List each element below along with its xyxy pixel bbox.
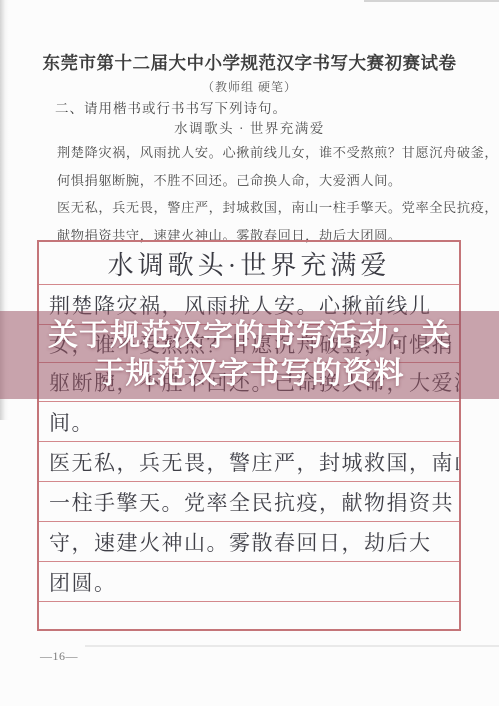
scanned-exam-paper: 东莞市第十二届大中小学规范汉字书写大赛初赛试卷 （教师组 硬笔） 二、请用楷书或… xyxy=(0,0,499,706)
handwriting-row: 守，速建火神山。雾散春回日，劫后大 xyxy=(39,522,459,562)
poem-line: 医无私，兵无畏，警庄严，封城救国，南山一柱手擎天。党率全民抗疫， xyxy=(57,194,463,222)
handwriting-row: 团圆。 xyxy=(39,562,459,602)
poem-title: 水调歌头 · 世界充满爱 xyxy=(0,117,499,137)
page-number: —16— xyxy=(40,649,78,664)
handwriting-practice-grid: 水调歌头·世界充满爱 荆楚降灾祸，风雨扰人安。心揪前线儿 女，谁不受熬煎？甘愿沉… xyxy=(37,240,461,631)
section-instruction: 二、请用楷书或行书书写下列诗句。 xyxy=(55,97,287,117)
banner-text-line2: 于规范汉字书写的资料 xyxy=(95,355,405,393)
handwriting-text: 水调歌头·世界充满爱 xyxy=(108,245,391,282)
handwriting-row: 一柱手擎天。党率全民抗疫，献物捐资共 xyxy=(39,482,459,522)
banner-text-line1: 关于规范汉字的书写活动：关 xyxy=(48,317,451,355)
handwriting-text: 团圆。 xyxy=(39,567,117,597)
handwriting-row: 医无私，兵无畏，警庄严，封城救国，南山 xyxy=(39,442,459,482)
handwriting-row-empty xyxy=(39,602,459,629)
scan-smudge-artifact xyxy=(85,645,499,647)
poem-line: 荆楚降灾祸，风雨扰人安。心揪前线儿女，谁不受熬煎？甘愿沉舟破釜， xyxy=(57,139,463,167)
handwriting-row-title: 水调歌头·世界充满爱 xyxy=(39,242,459,285)
printed-poem: 荆楚降灾祸，风雨扰人安。心揪前线儿女，谁不受熬煎？甘愿沉舟破釜， 何惧捐躯断腕，… xyxy=(57,139,463,249)
caption-overlay-banner: 关于规范汉字的书写活动：关 于规范汉字书写的资料 xyxy=(0,311,499,399)
handwriting-row: 间。 xyxy=(39,402,459,442)
poem-line: 何惧捐躯断腕，不胜不回还。己命换人命，大爱洒人间。 xyxy=(57,167,463,195)
scan-edge-artifact-top-right xyxy=(364,0,499,2)
exam-title: 东莞市第十二届大中小学规范汉字书写大赛初赛试卷 xyxy=(0,50,499,75)
handwriting-text: 一柱手擎天。党率全民抗疫，献物捐资共 xyxy=(39,487,454,517)
handwriting-text: 守，速建火神山。雾散春回日，劫后大 xyxy=(39,527,432,557)
exam-subtitle: （教师组 硬笔） xyxy=(0,78,499,95)
handwriting-text: 间。 xyxy=(39,407,94,437)
handwriting-text: 医无私，兵无畏，警庄严，封城救国，南山 xyxy=(39,447,459,477)
